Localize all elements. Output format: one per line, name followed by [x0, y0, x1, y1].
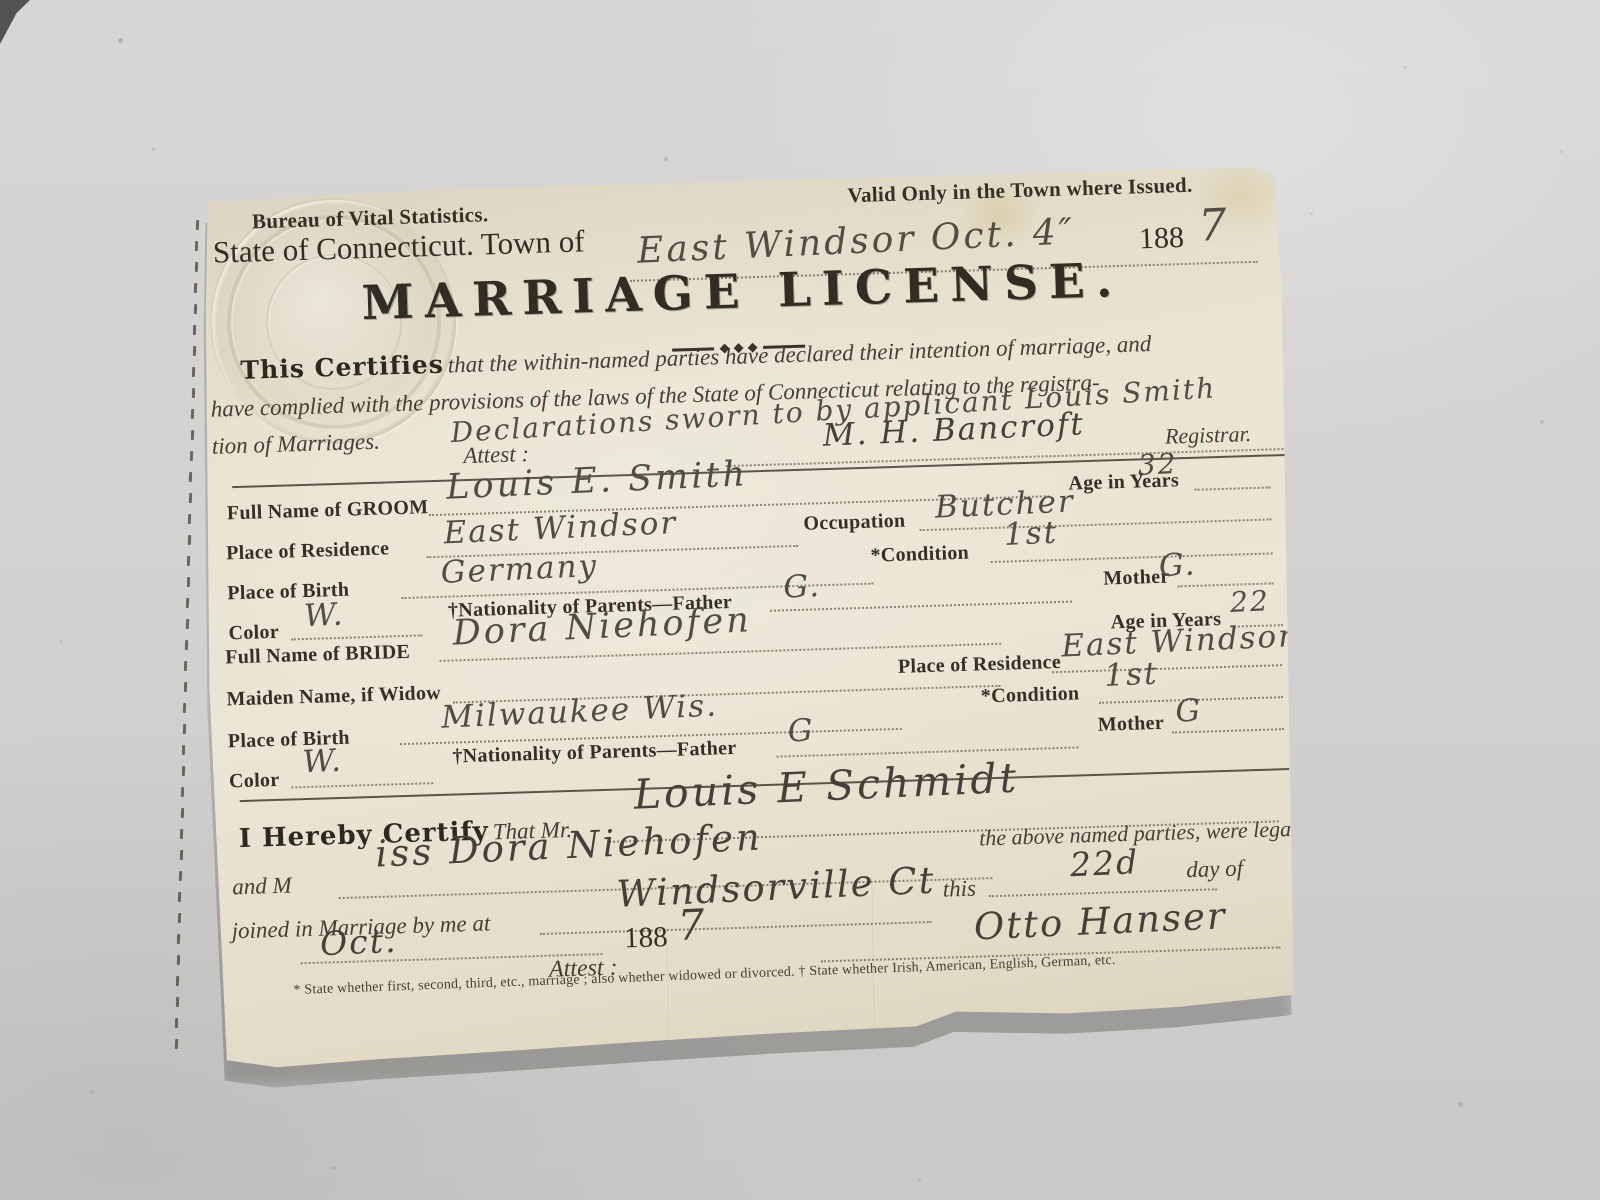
perforation-dash — [182, 745, 185, 755]
perforation-dash — [191, 409, 194, 419]
registrar-label: Registrar. — [1165, 421, 1252, 450]
groom-residence-label: Place of Residence — [226, 537, 390, 565]
perforation-dash — [183, 703, 186, 713]
dotted-line — [291, 634, 423, 640]
wall-speck — [1310, 212, 1313, 215]
groom-color-value: W. — [303, 597, 345, 635]
bride-residence-value: East Windsor — [1061, 618, 1296, 664]
perforation-dash — [195, 262, 198, 272]
bride-condition-label: *Condition — [981, 682, 1080, 708]
bride-condition-value: 1st — [1103, 656, 1159, 694]
groom-color-label: Color — [228, 621, 279, 646]
perforation-dash — [185, 640, 188, 650]
groom-birthplace-value: Germany — [440, 548, 599, 591]
perforation-dash — [178, 892, 181, 902]
perforation-dash — [183, 724, 186, 734]
perforation-dash — [180, 808, 183, 818]
perforation-dash — [191, 388, 194, 398]
perforation-dash — [182, 766, 185, 776]
wall-speck — [60, 640, 63, 643]
dotted-line — [1052, 664, 1282, 673]
and-m-label: and M — [232, 873, 292, 901]
groom-age-value: 32 — [1137, 447, 1178, 482]
dotted-line — [540, 921, 932, 935]
this-label: this — [942, 876, 976, 903]
groom-name-label: Full Name of GROOM — [227, 496, 429, 525]
day-of-label: day of — [1186, 855, 1244, 883]
perforation-dash — [186, 577, 189, 587]
groom-condition-value: 1st — [1003, 515, 1059, 553]
bride-father-value: G — [787, 712, 815, 749]
perforation-edge — [168, 220, 208, 1070]
month-value: Oct. — [319, 921, 398, 963]
bride-color-label: Color — [229, 769, 280, 794]
bride-age-value: 22 — [1229, 584, 1270, 619]
perforation-dash — [177, 934, 180, 944]
perforation-dash — [188, 535, 191, 545]
document-paper: Bureau of Vital Statistics. Valid Only i… — [199, 167, 1298, 1071]
perforation-dash — [177, 955, 180, 965]
perforation-dash — [189, 472, 192, 482]
wall-speck — [1404, 66, 1407, 69]
perforation-dash — [185, 619, 188, 629]
wall-speck — [332, 1166, 336, 1170]
day-value: 22d — [1069, 842, 1140, 884]
perforation-dash — [195, 241, 198, 251]
groom-condition-label: *Condition — [870, 542, 969, 568]
perforation-dash — [179, 850, 182, 860]
perforation-dash — [184, 682, 187, 692]
dotted-line — [291, 782, 433, 788]
place-value: Windsorville Ct — [616, 859, 937, 916]
bride-mother-label: Mother — [1097, 712, 1164, 737]
bride-maiden-label: Maiden Name, if Widow — [226, 682, 441, 712]
perforation-dash — [190, 451, 193, 461]
solemnization-year-printed: 188 — [624, 921, 668, 955]
solemnization-year-digit: 7 — [677, 900, 708, 950]
bride-mother-value: G — [1175, 692, 1203, 729]
dotted-line — [1195, 486, 1271, 490]
perforation-dash — [174, 1039, 177, 1049]
bride-name-label: Full Name of BRIDE — [225, 641, 410, 670]
dotted-line — [991, 552, 1273, 563]
perforation-dash — [175, 1018, 178, 1028]
officiant-signature: Otto Hanser — [973, 894, 1228, 948]
perforation-dash — [189, 493, 192, 503]
perforation-dash — [194, 283, 197, 293]
photo-scene: Bureau of Vital Statistics. Valid Only i… — [0, 0, 1600, 1200]
perforation-dash — [187, 556, 190, 566]
perforation-dash — [175, 997, 178, 1007]
perforation-dash — [179, 871, 182, 881]
groom-father-value: G. — [783, 568, 822, 606]
certify-groom-name: Louis E Schmidt — [633, 754, 1020, 819]
perforation-dash — [184, 661, 187, 671]
year-digit-handwriting: 7 — [1197, 199, 1229, 251]
perforation-dash — [190, 430, 193, 440]
perforation-dash — [180, 829, 183, 839]
parties-text: the above named parties, were legally — [979, 815, 1314, 851]
perforation-dash — [192, 367, 195, 377]
certification-line3: tion of Marriages. — [211, 429, 380, 460]
wall-speck — [664, 157, 668, 161]
wall-speck — [1458, 1102, 1463, 1107]
wall-speck — [152, 148, 155, 151]
wall-speck — [118, 38, 123, 43]
perforation-dash — [188, 514, 191, 524]
dotted-line — [777, 746, 1079, 757]
valid-note: Valid Only in the Town where Issued. — [847, 173, 1193, 209]
bride-birthplace-value: Milwaukee Wis. — [440, 688, 718, 736]
wall-speck — [1560, 150, 1563, 153]
wall-speck — [90, 1090, 94, 1094]
wall-speck — [1540, 420, 1544, 424]
perforation-dash — [178, 913, 181, 923]
perforation-dash — [193, 346, 196, 356]
bride-residence-label: Place of Residence — [898, 651, 1062, 679]
groom-mother-value: G. — [1158, 547, 1197, 585]
perforation-dash — [176, 976, 179, 986]
perforation-dash — [181, 787, 184, 797]
this-certifies-lead: This Certifies — [240, 350, 444, 385]
groom-occupation-label: Occupation — [803, 510, 906, 536]
perforation-dash — [196, 220, 199, 230]
document-content: Bureau of Vital Statistics. Valid Only i… — [199, 156, 1307, 1071]
perforation-dash — [193, 325, 196, 335]
wall-speck — [918, 1178, 921, 1181]
perforation-dash — [186, 598, 189, 608]
bride-color-value: W. — [302, 743, 344, 781]
perforation-dash — [194, 304, 197, 314]
